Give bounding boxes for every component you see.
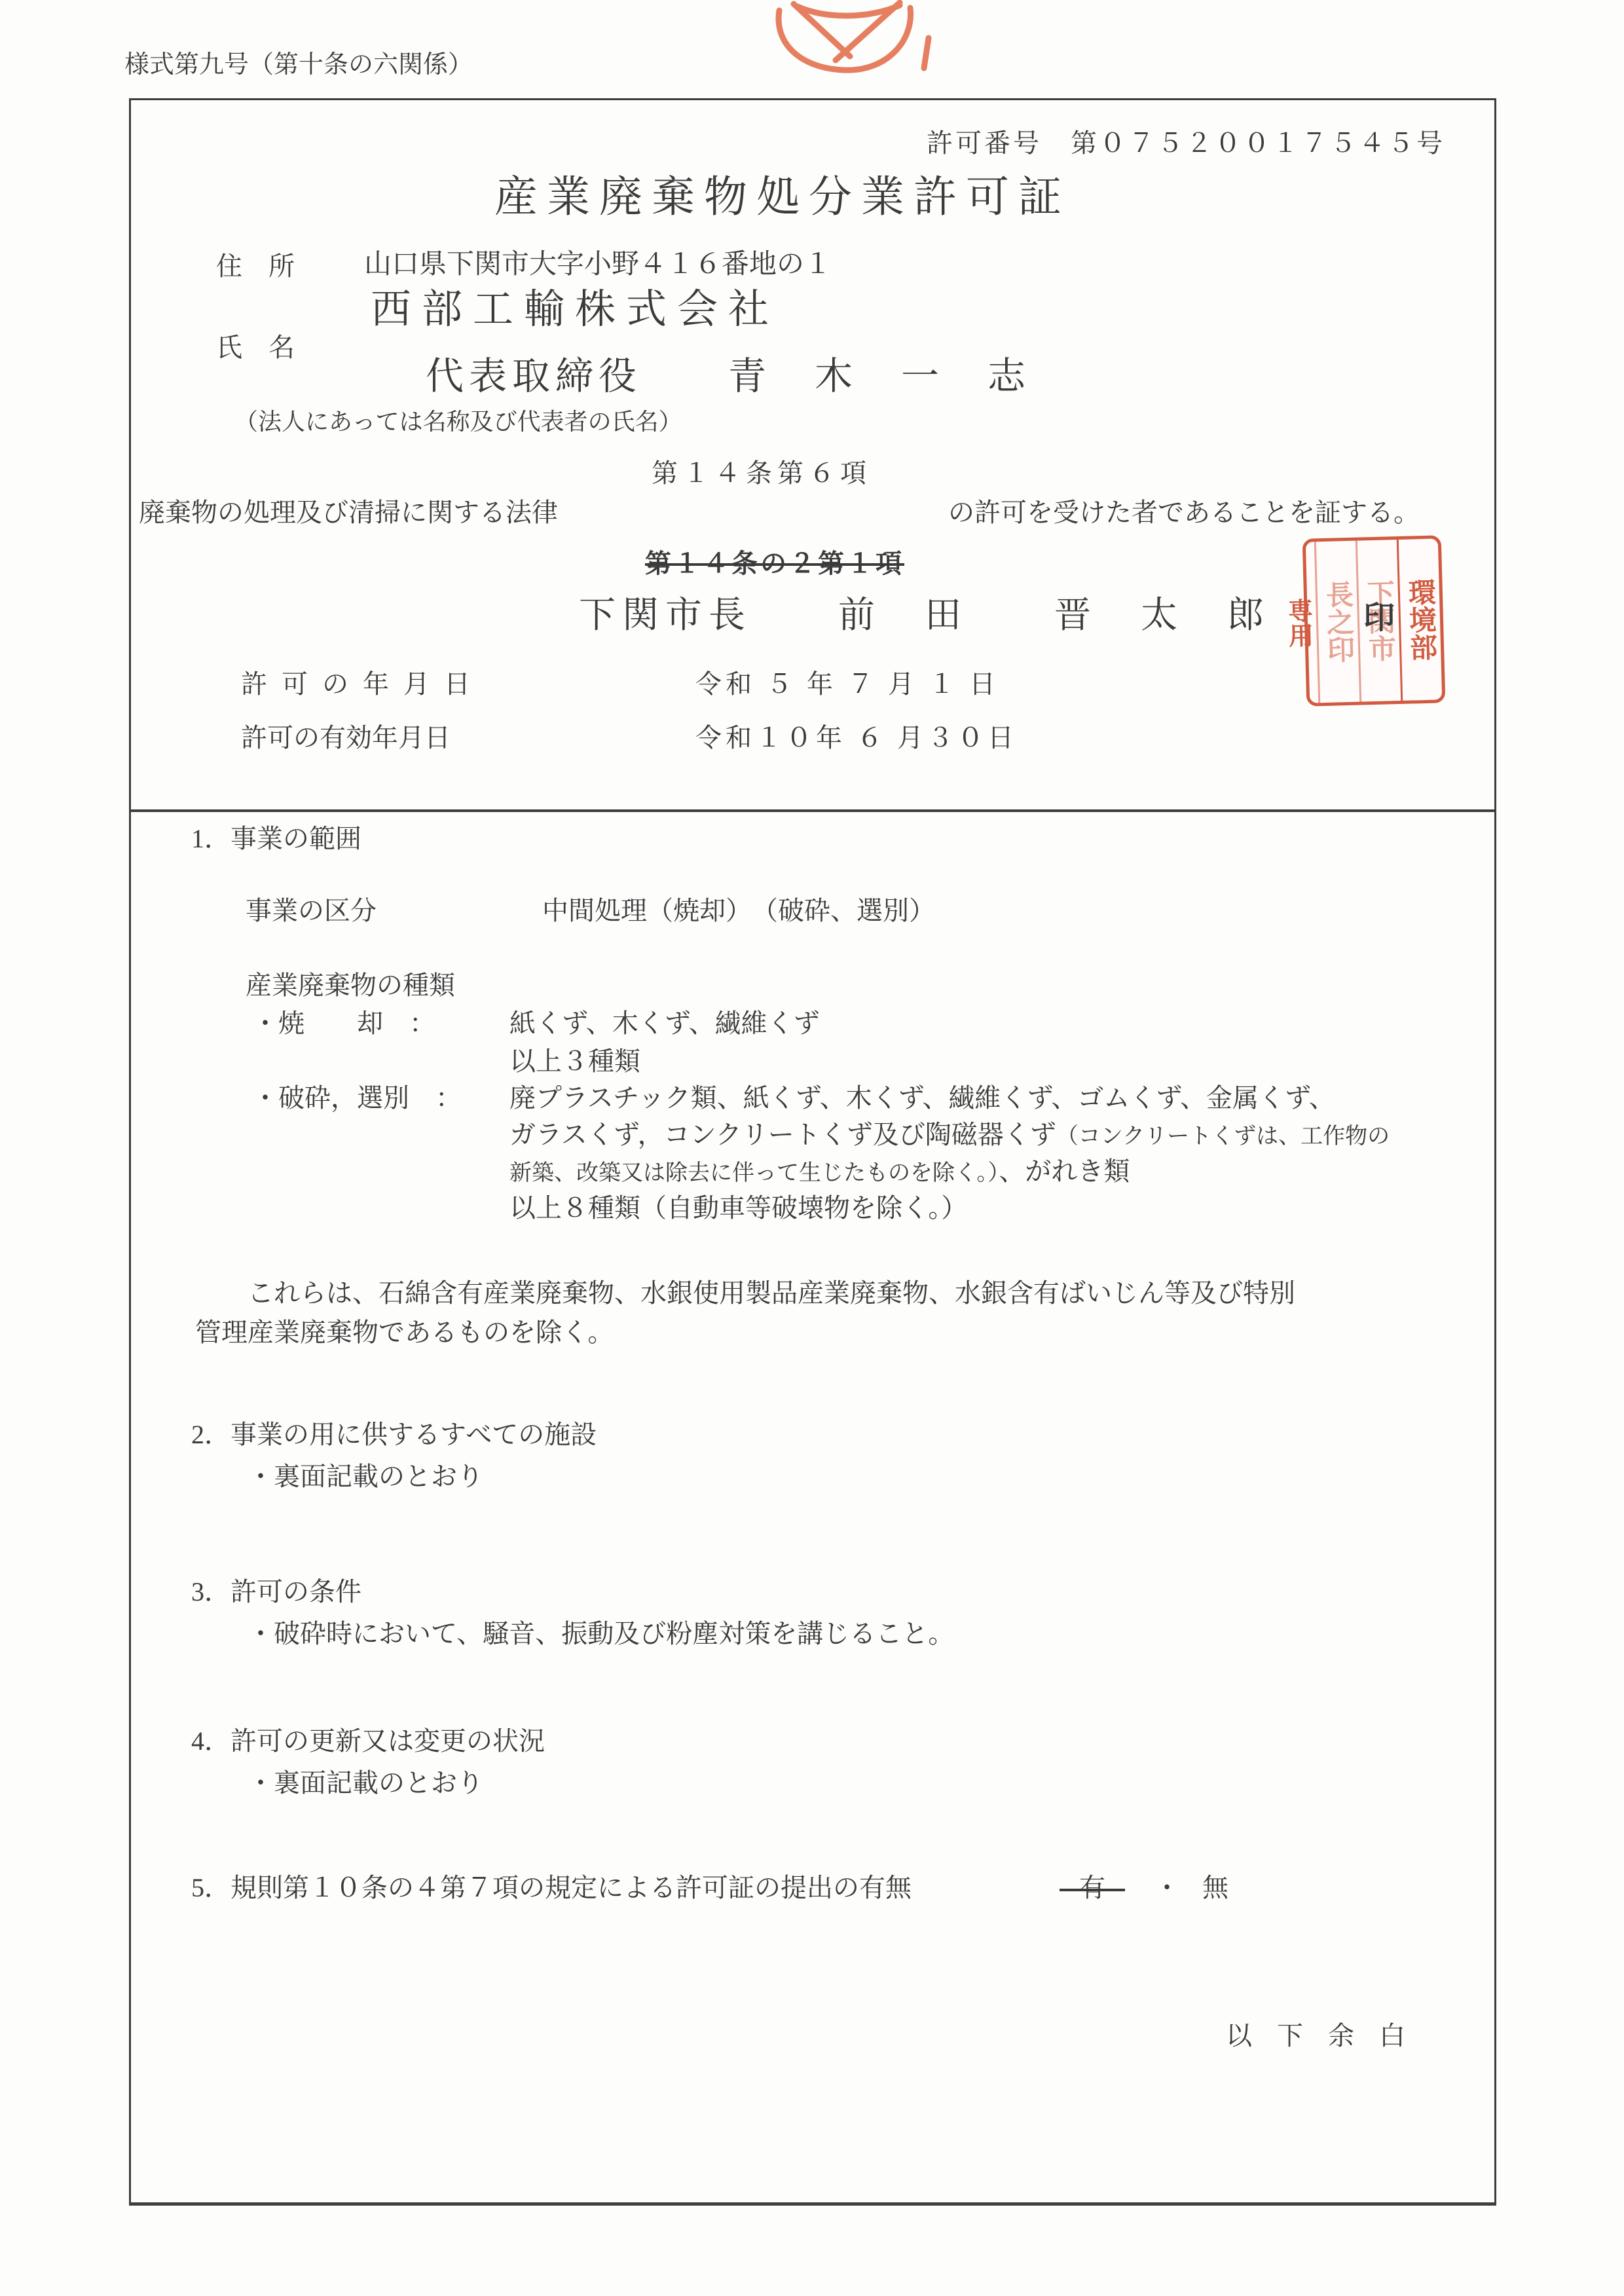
- certificate-document: 様式第九号（第十条の六関係） 許可番号 第０７５２００１７５４５号 産業廃棄物処…: [0, 0, 1624, 2296]
- business-division-value: 中間処理（焼却） （破砕、選別）: [542, 896, 935, 926]
- business-division-label: 事業の区分: [246, 896, 377, 926]
- section3-heading: 3．許可の条件: [191, 1577, 361, 1607]
- seal-character: 印: [1363, 600, 1395, 636]
- seal-column-mayor-seal: 長之印: [1314, 541, 1359, 703]
- mayor-name-line: 下関市長 前 田 晋 太 郎: [579, 595, 1270, 637]
- margin-note: 以 下 余 白: [1226, 2021, 1414, 2051]
- option-yes-struck: 有: [1079, 1873, 1105, 1903]
- crushing-line3-tail: 、がれき類: [999, 1157, 1130, 1186]
- crushing-line2-paren: （コンクリートくずは、工作物の: [1056, 1124, 1390, 1149]
- representative-name: 代表取締役 青 木 一 志: [426, 355, 1031, 399]
- option-no: 無: [1202, 1873, 1228, 1903]
- red-receipt-stamp-icon: [773, 0, 936, 77]
- section5-heading: 5．規則第１０条の４第７項の規定による許可証の提出の有無: [191, 1873, 912, 1903]
- crushing-total: 以上８種類（自動車等破壊物を除く。）: [509, 1193, 967, 1223]
- section1-heading: 1．事業の範囲: [191, 824, 361, 854]
- address-value: 山口県下関市大字小野４１６番地の１: [364, 249, 832, 280]
- section2-heading: 2．事業の用に供するすべての施設: [191, 1420, 597, 1450]
- form-number-note: 様式第九号（第十条の六関係）: [124, 51, 473, 80]
- seal-column-exclusive: 専用: [1278, 542, 1318, 703]
- name-label: 氏 名: [216, 333, 295, 363]
- section4-item: ・裏面記載のとおり: [248, 1768, 483, 1798]
- exclusion-line2: 管理産業廃棄物であるものを除く。: [195, 1318, 614, 1348]
- seal-column-department: 環境部: [1397, 538, 1442, 701]
- waste-types-heading: 産業廃棄物の種類: [246, 971, 455, 1001]
- crushing-line3-paren: 新築、改築又は除去に伴って生じたものを除く。）: [509, 1161, 999, 1185]
- option-separator: ・: [1154, 1873, 1180, 1903]
- crushing-label: ・破砕，選別 ：: [252, 1083, 462, 1113]
- law-name: 廃棄物の処理及び清掃に関する法律: [139, 498, 558, 528]
- expiry-date-label: 許可の有効年月日: [241, 723, 451, 753]
- issue-date-value: 令和 ５ 年 ７ 月 １ 日: [695, 669, 999, 699]
- law-suffix: の許可を受けた者であることを証する。: [948, 498, 1420, 528]
- crushing-line1: 廃プラスチック類、紙くず、木くず、繊維くず、ゴムくず、金属くず、: [509, 1083, 1335, 1113]
- document-title: 産業廃棄物処分業許可証: [494, 173, 1071, 223]
- exclusion-line1: これらは、石綿含有産業廃棄物、水銀使用製品産業廃棄物、水銀含有ばいじん等及び特別: [248, 1278, 1295, 1308]
- section-divider: [129, 809, 1496, 812]
- issue-date-label: 許 可 の 年 月 日: [241, 669, 474, 699]
- name-note: （法人にあっては名称及び代表者の氏名）: [234, 409, 682, 435]
- section3-item: ・破砕時において、騒音、振動及び粉塵対策を講じること。: [248, 1619, 954, 1649]
- section4-heading: 4．許可の更新又は変更の状況: [191, 1726, 545, 1756]
- incineration-total: 以上３種類: [509, 1046, 640, 1077]
- crushing-line2-main: ガラスくず，コンクリートくず及び陶磁器くず: [509, 1120, 1056, 1149]
- address-label: 住 所: [216, 251, 295, 282]
- law-clause-active: 第１４条第６項: [652, 458, 872, 489]
- permit-number: 許可番号 第０７５２００１７５４５号: [927, 128, 1445, 158]
- law-clause-struck: 第１４条の２第１項: [645, 549, 904, 579]
- crushing-line3: 新築、改築又は除去に伴って生じたものを除く。）、がれき類: [509, 1157, 1130, 1187]
- incineration-value: 紙くず、木くず、繊維くず: [509, 1009, 820, 1039]
- incineration-label: ・焼 却 ：: [252, 1009, 435, 1039]
- expiry-date-value: 令和１０年 ６ 月３０日: [695, 723, 1018, 753]
- section2-item: ・裏面記載のとおり: [248, 1462, 483, 1492]
- company-name: 西部工輸株式会社: [371, 287, 779, 333]
- crushing-line2: ガラスくず，コンクリートくず及び陶磁器くず（コンクリートくずは、工作物の: [509, 1120, 1390, 1150]
